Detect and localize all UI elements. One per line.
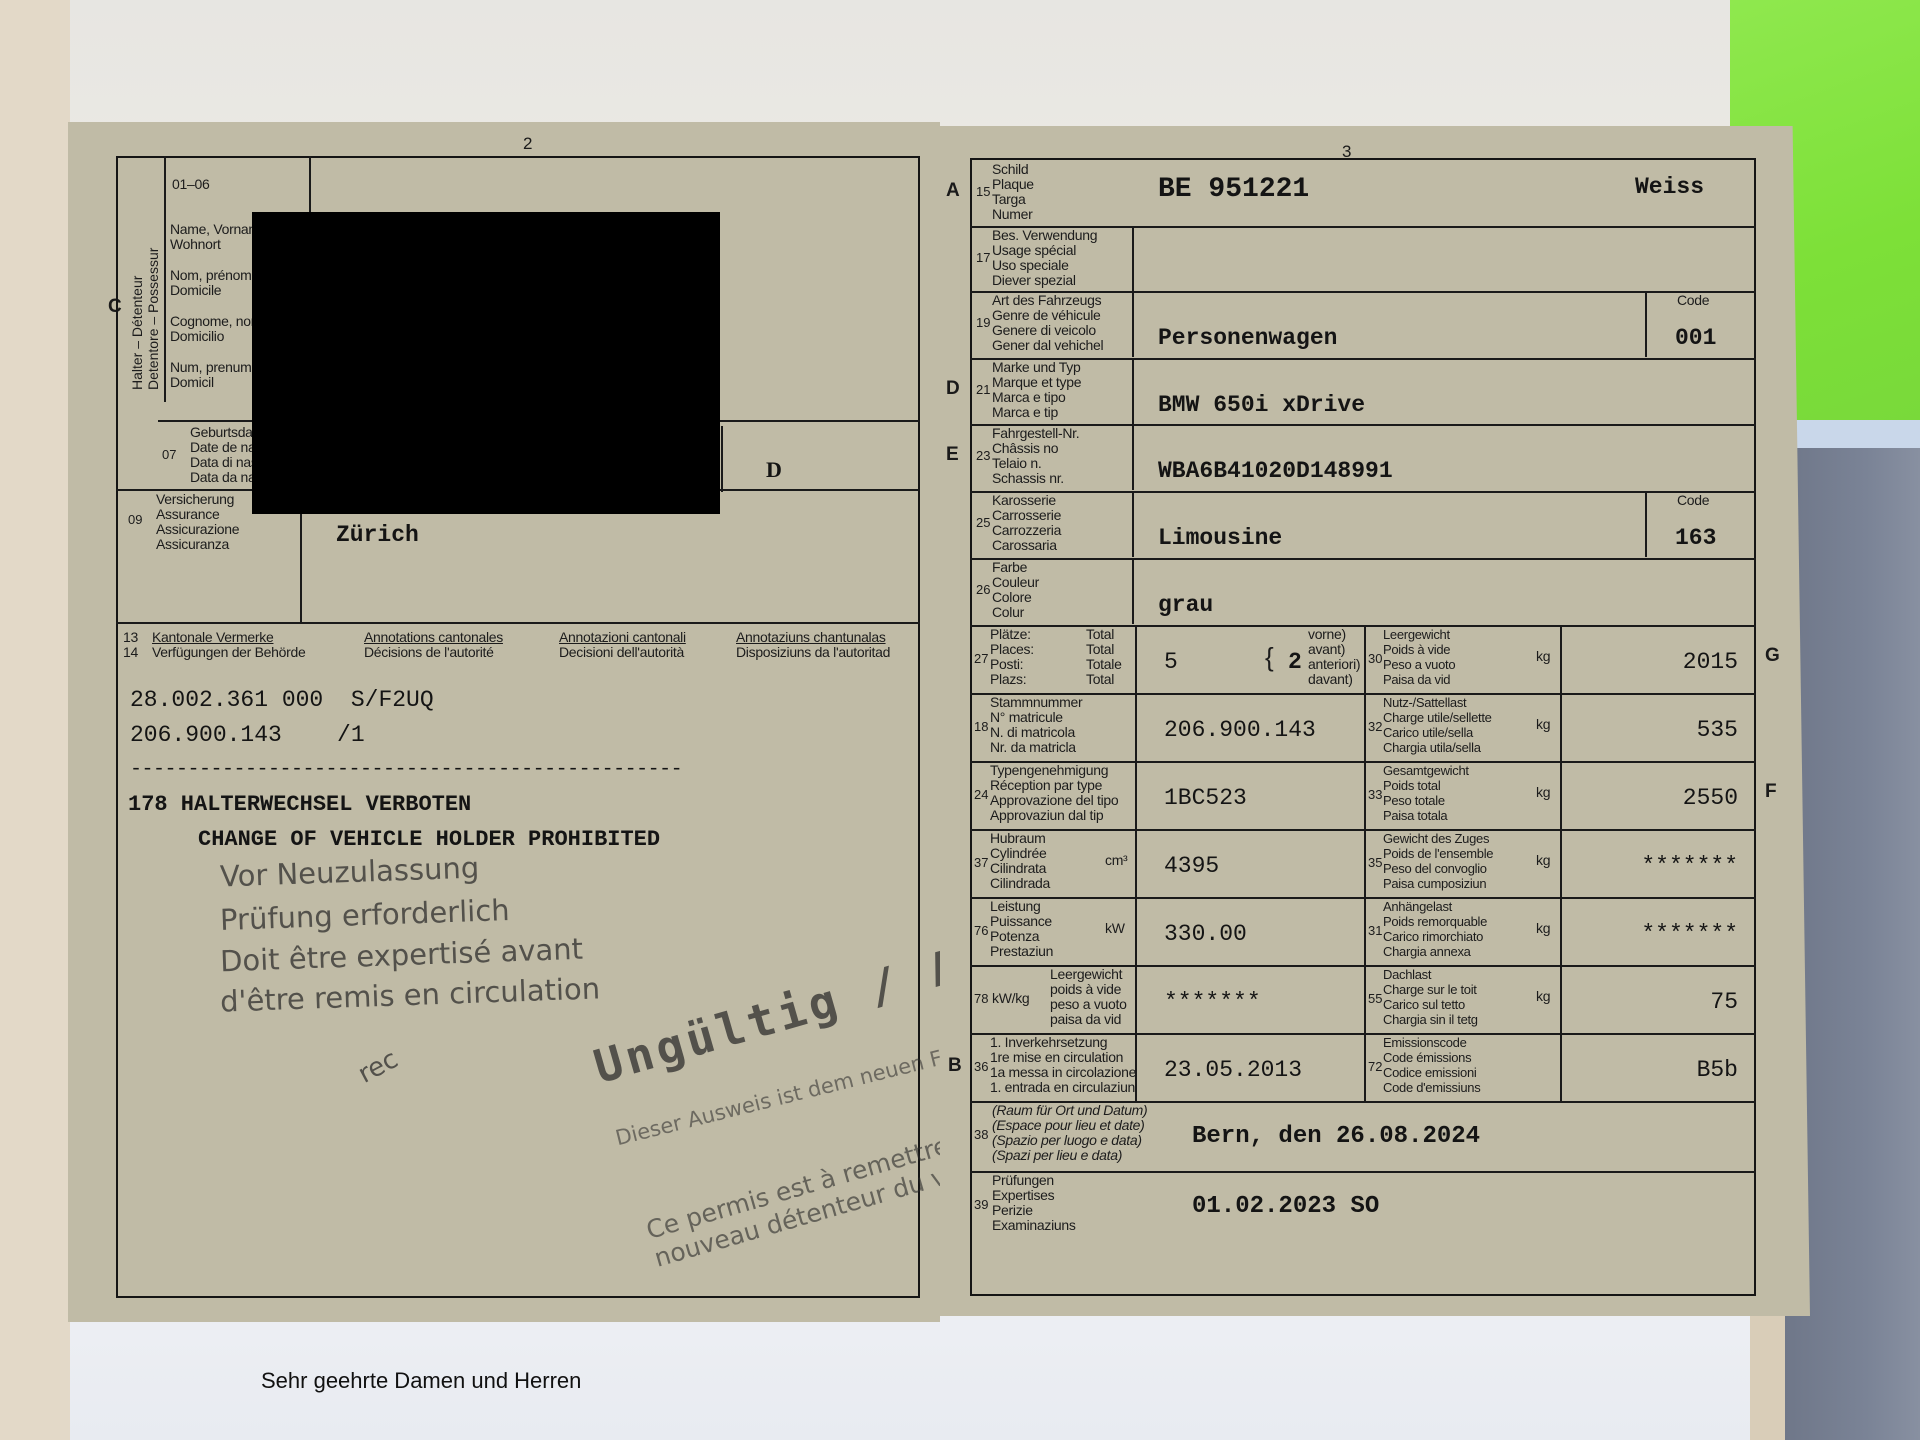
plate-color-value: Weiss <box>1635 174 1704 200</box>
unit-label: kW <box>1105 921 1125 936</box>
field-label: LeergewichtPoids à videPeso a vuotoPaisa… <box>1383 627 1455 687</box>
holder-label-de-fr: Halter – Détenteur <box>130 276 145 390</box>
field-01-06-number: 01–06 <box>172 177 209 192</box>
field-number: 27 <box>974 651 988 666</box>
field-label: Nutz-/SattellastCharge utile/selletteCar… <box>1383 695 1492 755</box>
code-value: 001 <box>1675 325 1716 351</box>
margin-letter: D <box>946 378 960 400</box>
field-number: 19 <box>976 315 990 330</box>
field-value: 2550 <box>1683 785 1738 811</box>
field-label: SchildPlaqueTargaNumer <box>992 162 1034 222</box>
field-value: 23.05.2013 <box>1164 1057 1302 1083</box>
field-value: 75 <box>1710 989 1738 1015</box>
field-value: ******* <box>1641 921 1738 947</box>
margin-letter: A <box>946 180 960 202</box>
annotations-header-it: Annotazioni cantonaliDecisioni dell'auto… <box>559 630 686 660</box>
field-value: Bern, den 26.08.2024 <box>1192 1123 1480 1150</box>
field-13-14-numbers: 1314 <box>123 630 138 660</box>
annotations-header-fr: Annotations cantonalesDécisions de l'aut… <box>364 630 503 660</box>
field-label: HubraumCylindréeCilindrataCilindrada <box>990 831 1050 891</box>
field-label: (Raum für Ort und Datum)(Espace pour lie… <box>992 1103 1147 1163</box>
field-label: Marke und TypMarque et typeMarca e tipoM… <box>992 360 1081 420</box>
redaction-box <box>252 212 720 514</box>
field-number: 35 <box>1368 855 1382 870</box>
field-number: 33 <box>1368 787 1382 802</box>
unit-label: kg <box>1536 989 1550 1004</box>
field-label: vorne)avant)anteriori)davant) <box>1308 627 1360 687</box>
field-value: 4395 <box>1164 853 1219 879</box>
field-value: BMW 650i xDrive <box>1158 392 1365 418</box>
field-value: ******* <box>1164 989 1261 1015</box>
annotations-header-de: Kantonale VermerkeVerfügungen der Behörd… <box>152 630 305 660</box>
annotation-note-1: 178 HALTERWECHSEL VERBOTEN <box>128 792 471 817</box>
field-value: 1BC523 <box>1164 785 1247 811</box>
field-label: Bes. VerwendungUsage spécialUso speciale… <box>992 228 1097 288</box>
registration-left-page: 2 C Halter – Détenteur Detentore – Posse… <box>68 122 940 1322</box>
registration-right-page: 3 A15SchildPlaqueTargaNumerBE 951221Weis… <box>940 126 1810 1316</box>
field-number: 31 <box>1368 923 1382 938</box>
field-label: 1. Inverkehrsetzung1re mise en circulati… <box>990 1035 1136 1095</box>
field-number: 78 <box>974 991 988 1006</box>
field-number: 37 <box>974 855 988 870</box>
field-value: 330.00 <box>1164 921 1247 947</box>
unit-label: kg <box>1536 921 1550 936</box>
unit-label: kg <box>1536 785 1550 800</box>
field-value: 5 <box>1164 649 1178 675</box>
field-value: 535 <box>1697 717 1738 743</box>
code-label: Code <box>1677 493 1709 508</box>
field-07-number: 07 <box>162 447 176 462</box>
field-label: AnhängelastPoids remorquableCarico rimor… <box>1383 899 1487 959</box>
field-label: PrüfungenExpertisesPerizieExaminaziuns <box>992 1173 1076 1233</box>
annotation-divider: ----------------------------------------… <box>130 758 682 781</box>
field-value: ******* <box>1641 853 1738 879</box>
field-label: TypengenehmigungRéception par typeApprov… <box>990 763 1118 823</box>
unit-label: kg <box>1536 717 1550 732</box>
field-number: 32 <box>1368 719 1382 734</box>
field-number: 17 <box>976 250 990 265</box>
field-number: 39 <box>974 1197 988 1212</box>
unit-label: kW/kg <box>992 991 1029 1006</box>
field-label: Gewicht des ZugesPoids de l'ensemblePeso… <box>1383 831 1493 891</box>
unit-label: cm³ <box>1105 853 1127 868</box>
field-value: grau <box>1158 592 1213 618</box>
field-number: 55 <box>1368 991 1382 1006</box>
field-09-number: 09 <box>128 512 142 527</box>
field-number: 30 <box>1368 651 1382 666</box>
field-number: 38 <box>974 1127 988 1142</box>
field-number: 25 <box>976 515 990 530</box>
unit-label: kg <box>1536 649 1550 664</box>
margin-letter: F <box>1765 781 1777 803</box>
field-number: 36 <box>974 1059 988 1074</box>
annotation-note-2: CHANGE OF VEHICLE HOLDER PROHIBITED <box>198 827 660 852</box>
field-09-label: VersicherungAssuranceAssicurazioneAssicu… <box>156 492 239 552</box>
field-number: 76 <box>974 923 988 938</box>
field-number: 21 <box>976 382 990 397</box>
field-value: BE 951221 <box>1158 174 1309 205</box>
field-value: Limousine <box>1158 525 1282 551</box>
annotations-header-rm: Annotaziuns chantunalasDisposiziuns da l… <box>736 630 890 660</box>
field-number: 24 <box>974 787 988 802</box>
field-value: 01.02.2023 SO <box>1192 1193 1379 1220</box>
field-label: GesamtgewichtPoids totalPeso totalePaisa… <box>1383 763 1469 823</box>
field-value: Personenwagen <box>1158 325 1337 351</box>
code-value: 163 <box>1675 525 1716 551</box>
field-label: Leergewichtpoids à videpeso a vuotopaisa… <box>1050 967 1127 1027</box>
field-value: WBA6B41020D148991 <box>1158 458 1393 484</box>
field-number: 72 <box>1368 1059 1382 1074</box>
field-label: Art des FahrzeugsGenre de véhiculeGenere… <box>992 293 1103 353</box>
code-label: Code <box>1677 293 1709 308</box>
field-label: TotalTotalTotaleTotal <box>1086 627 1122 687</box>
field-label: Plätze:Places:Posti:Plazs: <box>990 627 1034 687</box>
annotation-line-2: 206.900.143 /1 <box>130 722 365 748</box>
field-number: 23 <box>976 448 990 463</box>
field-label: DachlastCharge sur le toitCarico sul tet… <box>1383 967 1478 1027</box>
field-label: LeistungPuissancePotenzaPrestaziun <box>990 899 1053 959</box>
field-value: 2015 <box>1683 649 1738 675</box>
field-label: StammnummerN° matriculeN. di matricolaNr… <box>990 695 1082 755</box>
field-number: 15 <box>976 184 990 199</box>
field-label: Fahrgestell-Nr.Châssis noTelaio n.Schass… <box>992 426 1079 486</box>
field-label: EmissionscodeCode émissionsCodice emissi… <box>1383 1035 1480 1095</box>
letter-salutation: Sehr geehrte Damen und Herren <box>261 1368 581 1394</box>
field-number: 18 <box>974 719 988 734</box>
margin-letter: G <box>1765 645 1780 667</box>
field-value: B5b <box>1697 1057 1738 1083</box>
holder-label-it-rm: Detentore – Possessur <box>146 248 161 390</box>
unit-label: kg <box>1536 853 1550 868</box>
margin-letter: E <box>946 444 959 466</box>
field-label: FarbeCouleurColoreColur <box>992 560 1039 620</box>
field-value: 206.900.143 <box>1164 717 1316 743</box>
margin-letter: B <box>948 1055 962 1077</box>
page-number: 2 <box>523 134 532 154</box>
insurance-value: Zürich <box>336 522 419 548</box>
field-d-label: D <box>766 457 782 483</box>
field-label: KarosserieCarrosserieCarrozzeriaCarossar… <box>992 493 1061 553</box>
field-number: 26 <box>976 582 990 597</box>
annotation-line-1: 28.002.361 000 S/F2UQ <box>130 687 434 713</box>
brace: { <box>1265 627 1273 687</box>
front-seats-value: 2 <box>1288 649 1302 675</box>
